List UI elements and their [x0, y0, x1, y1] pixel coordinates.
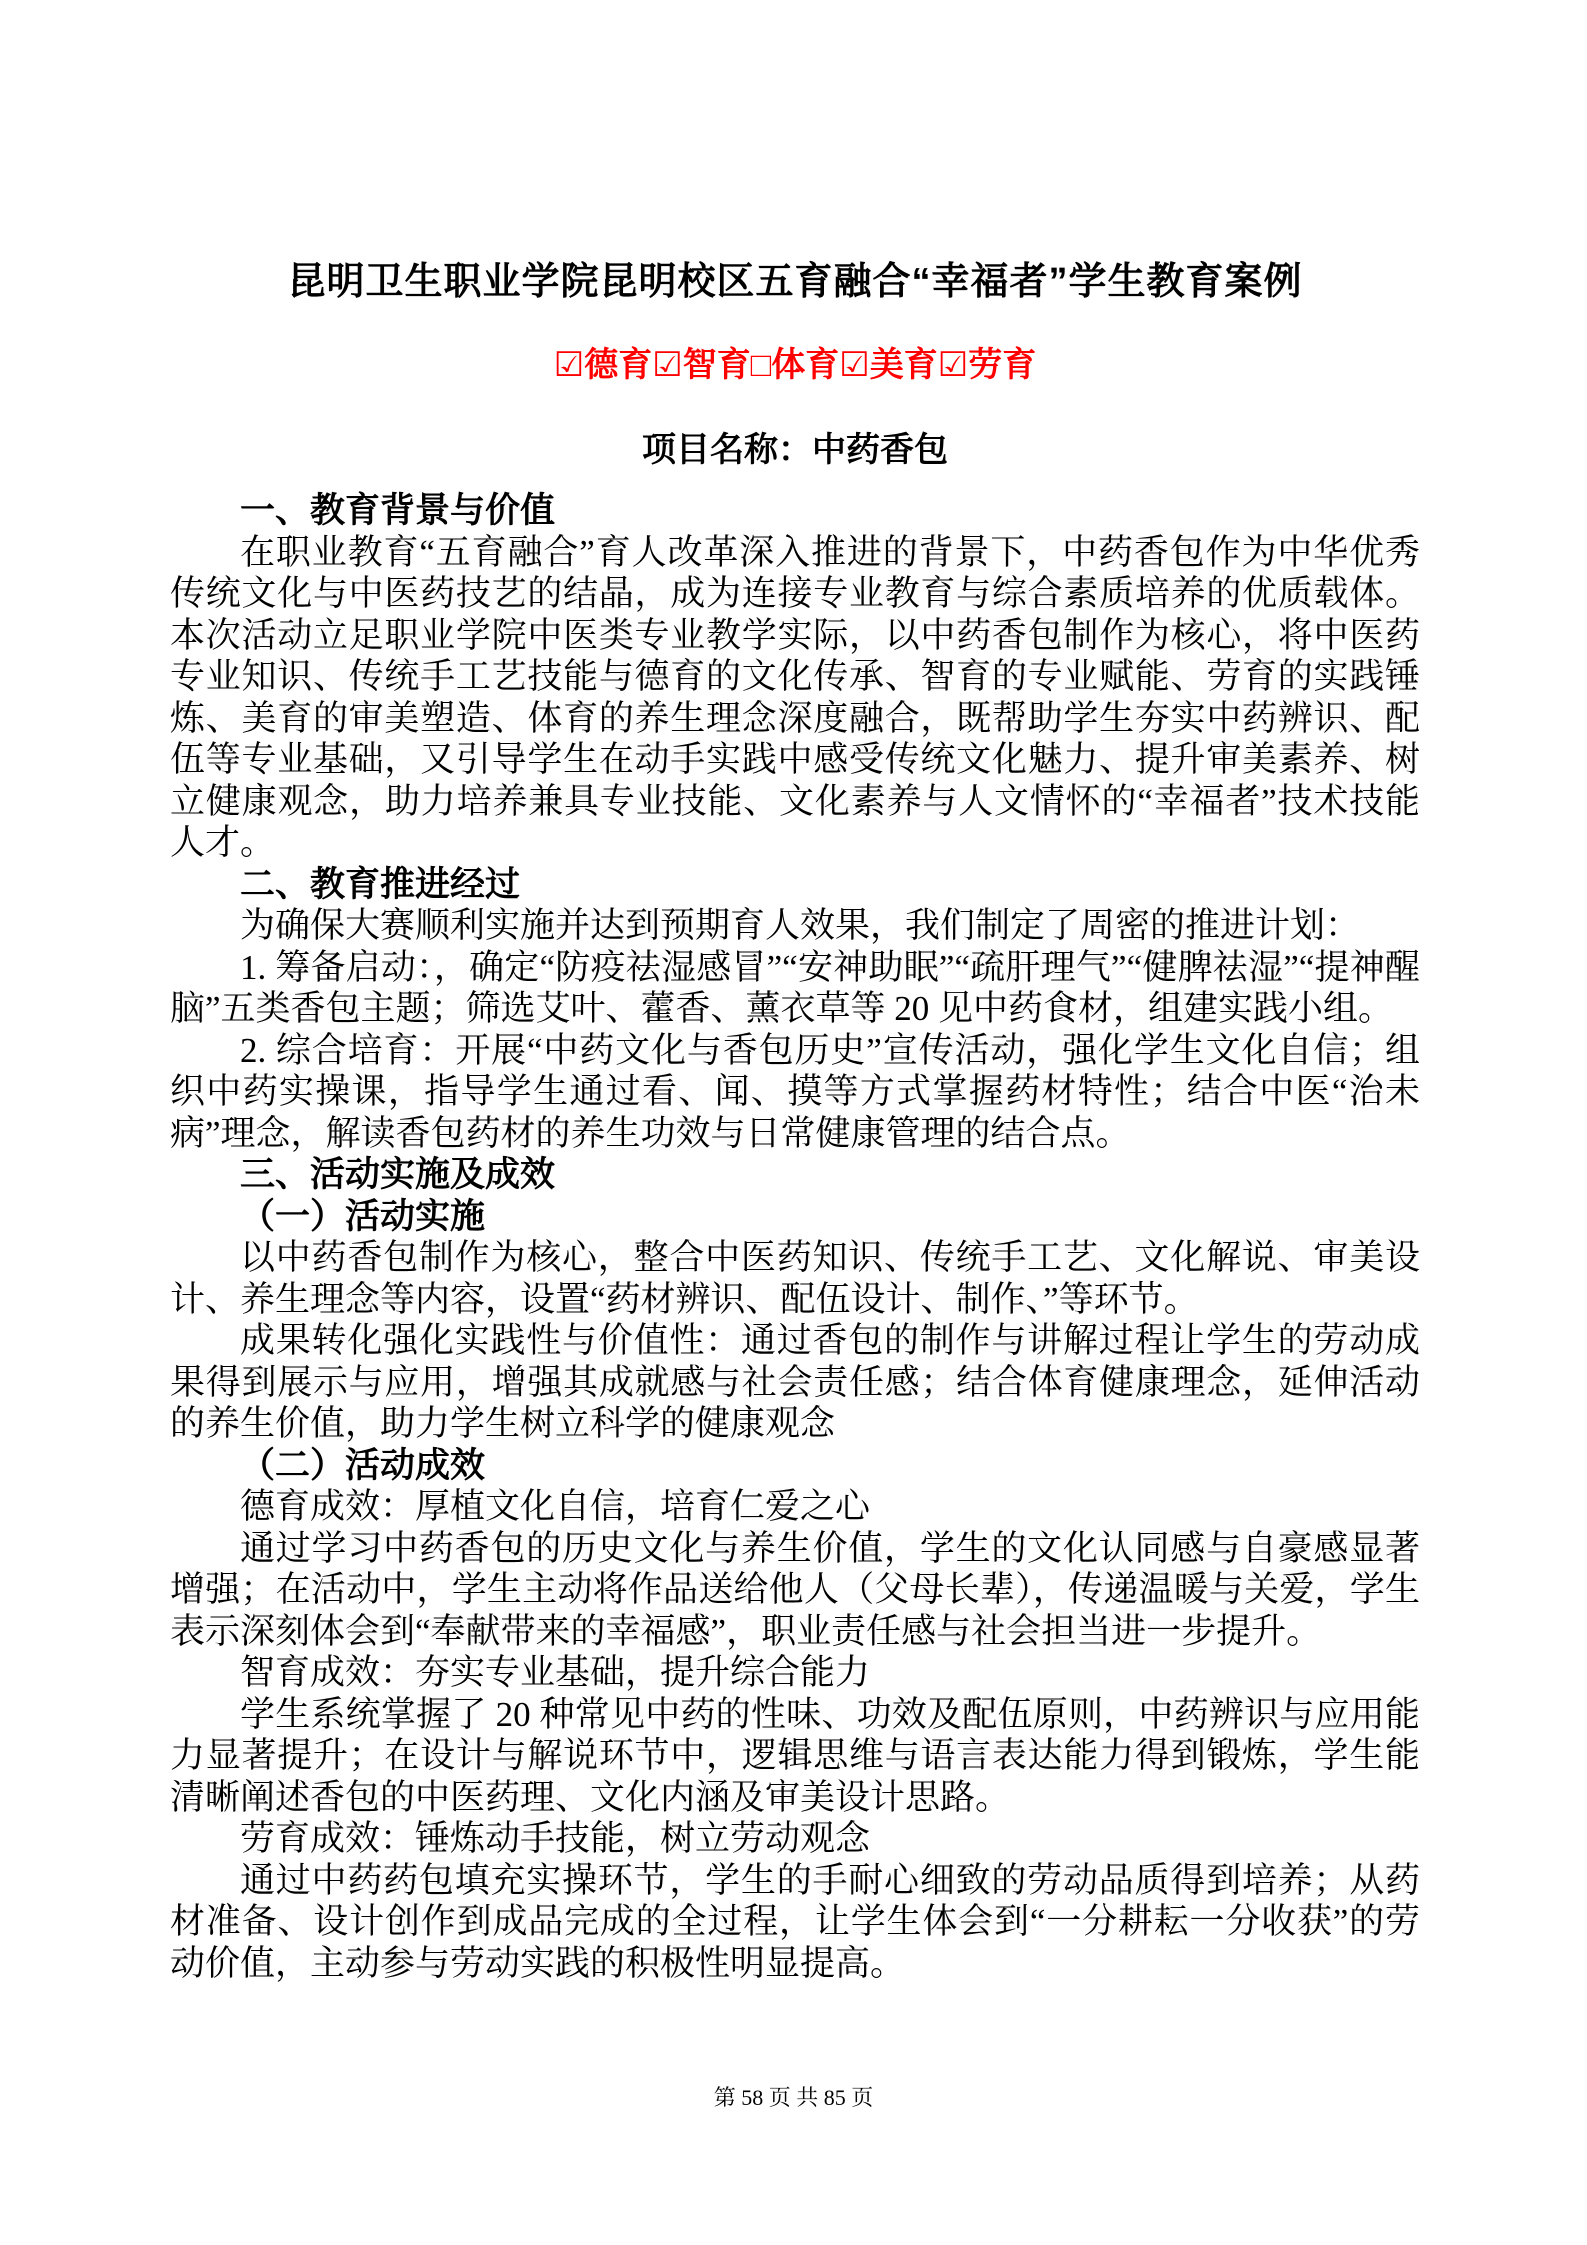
- category-intellectual-education: ☑智育: [652, 346, 750, 384]
- body-paragraph: 学生系统掌握了 20 种常见中药的性味、功效及配伍原则，中药辨识与应用能力显著提…: [170, 1694, 1420, 1819]
- category-moral-education: ☑德育: [554, 346, 652, 384]
- category-aesthetic-education: ☑美育: [839, 346, 937, 384]
- section-heading: 二、教育推进经过: [170, 864, 1420, 906]
- body-paragraph: 以中药香包制作为核心，整合中医药知识、传统手工艺、文化解说、审美设计、养生理念等…: [170, 1237, 1420, 1320]
- body-paragraph: 通过中药药包填充实操环节，学生的手耐心细致的劳动品质得到培养；从药材准备、设计创…: [170, 1860, 1420, 1985]
- category-physical-education: □体育: [751, 346, 840, 384]
- body-paragraph: 通过学习中药香包的历史文化与养生价值，学生的文化认同感与自豪感显著增强；在活动中…: [170, 1528, 1420, 1653]
- document-title: 昆明卫生职业学院昆明校区五育融合“幸福者”学生教育案例: [170, 258, 1420, 306]
- section-heading: （二）活动成效: [170, 1445, 1420, 1487]
- section-heading: 一、教育背景与价值: [170, 490, 1420, 532]
- category-label: 德育: [584, 346, 652, 384]
- body-paragraph: 为确保大赛顺利实施并达到预期育人效果，我们制定了周密的推进计划：: [170, 905, 1420, 947]
- page-footer: 第 58 页 共 85 页: [0, 2083, 1587, 2113]
- checked-checkbox-icon: ☑: [652, 346, 682, 384]
- checked-checkbox-icon: ☑: [554, 346, 584, 384]
- category-label: 智育: [683, 346, 751, 384]
- body-paragraph: 劳育成效：锤炼动手技能，树立劳动观念: [170, 1818, 1420, 1860]
- category-labor-education: ☑劳育: [938, 346, 1036, 384]
- unchecked-checkbox-icon: □: [751, 346, 772, 384]
- category-label: 美育: [870, 346, 938, 384]
- section-heading: 三、活动实施及成效: [170, 1154, 1420, 1196]
- body-paragraph: 1. 筹备启动：，确定“防疫祛湿感冒”“安神助眠”“疏肝理气”“健脾祛湿”“提神…: [170, 947, 1420, 1030]
- checked-checkbox-icon: ☑: [938, 346, 968, 384]
- document-body: 一、教育背景与价值 在职业教育“五育融合”育人改革深入推进的背景下，中药香包作为…: [170, 490, 1420, 1984]
- education-categories-line: ☑德育☑智育□体育☑美育☑劳育: [170, 344, 1420, 386]
- body-paragraph: 2. 综合培育：开展“中药文化与香包历史”宣传活动，强化学生文化自信；组织中药实…: [170, 1030, 1420, 1155]
- body-paragraph: 在职业教育“五育融合”育人改革深入推进的背景下，中药香包作为中华优秀传统文化与中…: [170, 532, 1420, 864]
- body-paragraph: 智育成效：夯实专业基础，提升综合能力: [170, 1652, 1420, 1694]
- category-label: 体育: [771, 346, 839, 384]
- category-label: 劳育: [968, 346, 1036, 384]
- project-title: 项目名称：中药香包: [170, 428, 1420, 472]
- document-page: 昆明卫生职业学院昆明校区五育融合“幸福者”学生教育案例 ☑德育☑智育□体育☑美育…: [0, 0, 1587, 2245]
- checked-checkbox-icon: ☑: [839, 346, 869, 384]
- section-heading: （一）活动实施: [170, 1196, 1420, 1238]
- body-paragraph: 成果转化强化实践性与价值性：通过香包的制作与讲解过程让学生的劳动成果得到展示与应…: [170, 1320, 1420, 1445]
- body-paragraph: 德育成效：厚植文化自信，培育仁爱之心: [170, 1486, 1420, 1528]
